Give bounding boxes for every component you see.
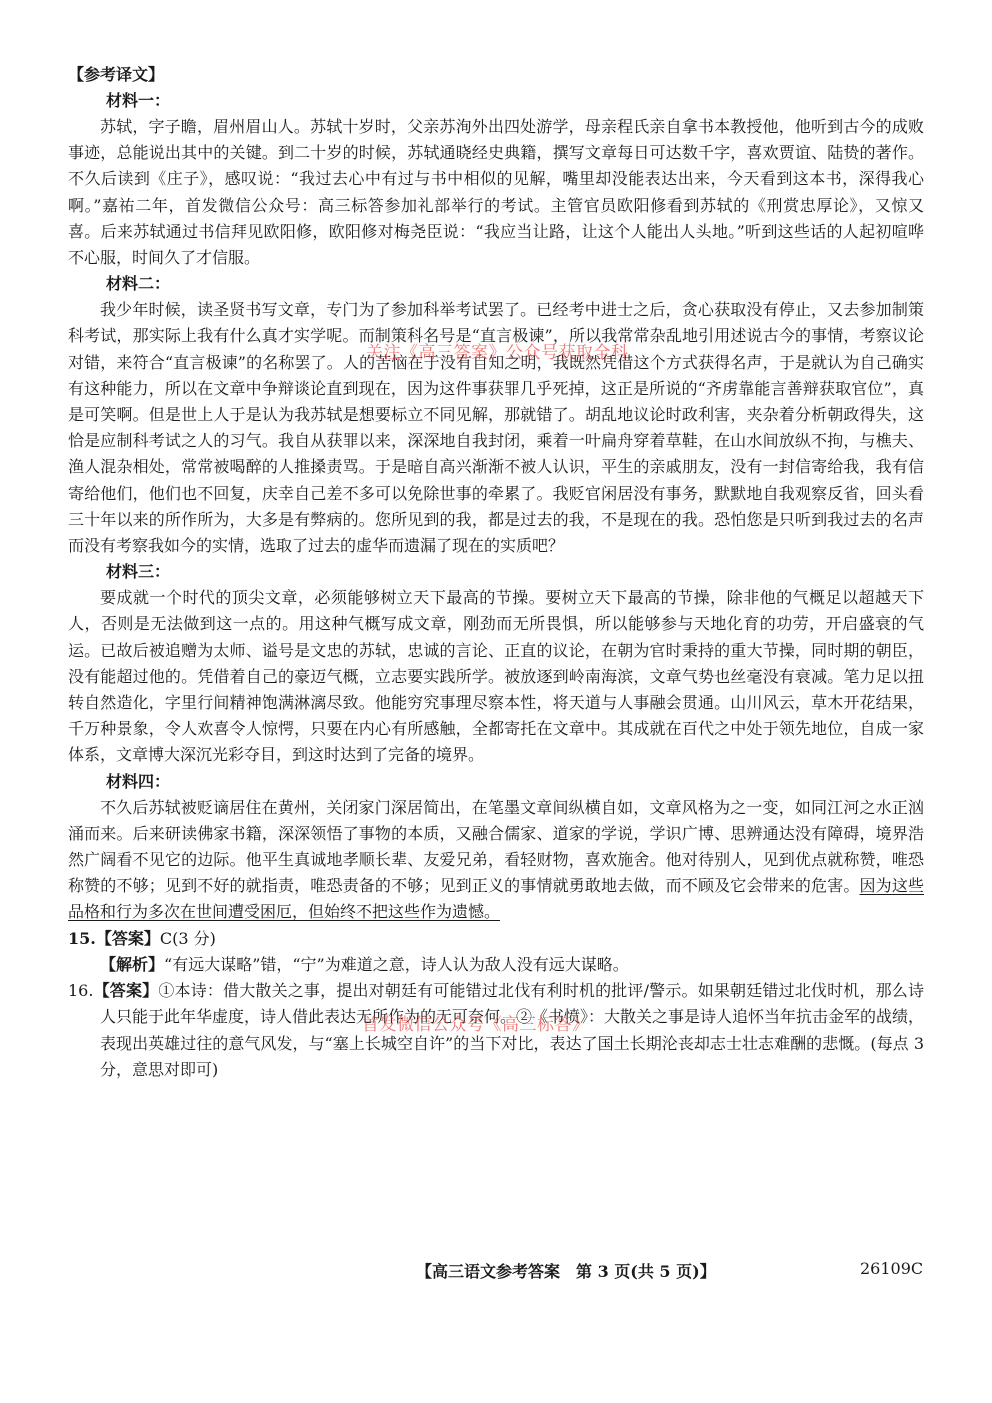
material-3-text: 要成就一个时代的顶尖文章，必须能够树立天下最高的节操。要树立天下最高的节操，除非… <box>68 585 924 768</box>
footer-page-info: 【高三语文参考答案 第 3 页(共 5 页)】 <box>416 1259 716 1282</box>
material-4-body: 不久后苏轼被贬谪居住在黄州，关闭家门深居简出，在笔墨文章间纵横自如，文章风格为之… <box>68 798 924 896</box>
footer-exam-code: 26109C <box>860 1259 923 1278</box>
question-number: 15. <box>68 929 96 948</box>
answer-15: 15.【答案】C(3 分) <box>68 926 924 952</box>
section-title: 【参考译文】 <box>68 62 924 88</box>
analysis-15: 【解析】“有远大谋略”错，“宁”为难道之意，诗人认为敌人没有远大谋略。 <box>68 952 924 978</box>
material-4-text: 不久后苏轼被贬谪居住在黄州，关闭家门深居简出，在笔墨文章间纵横自如，文章风格为之… <box>68 795 924 926</box>
answer-label: 【答案】 <box>93 981 158 1000</box>
analysis-text: “有远大谋略”错，“宁”为难道之意，诗人认为敌人没有远大谋略。 <box>164 955 629 974</box>
material-4-heading: 材料四： <box>106 769 924 795</box>
answer-16: 16.【答案】①本诗：借大散关之事，提出对朝廷有可能错过北伐有利时机的批评/警示… <box>68 978 924 1083</box>
answer-value: C(3 分) <box>160 929 216 948</box>
material-1-text: 苏轼，字子瞻，眉州眉山人。苏轼十岁时，父亲苏洵外出四处游学，母亲程氏亲自拿书本教… <box>68 114 924 271</box>
analysis-label: 【解析】 <box>100 955 164 974</box>
answer-label: 【答案】 <box>96 929 160 948</box>
material-2-heading: 材料二： <box>106 271 924 297</box>
material-1-heading: 材料一： <box>106 88 924 114</box>
answer-value: ①本诗：借大散关之事，提出对朝廷有可能错过北伐有利时机的批评/警示。如果朝廷错过… <box>100 981 924 1079</box>
material-2-text: 我少年时候，读圣贤书写文章，专门为了参加科举考试罢了。已经考中进士之后，贪心获取… <box>68 297 924 559</box>
document-page: 【参考译文】 材料一： 苏轼，字子瞻，眉州眉山人。苏轼十岁时，父亲苏洵外出四处游… <box>68 62 924 1083</box>
question-number: 16. <box>68 981 93 1000</box>
material-3-heading: 材料三： <box>106 559 924 585</box>
